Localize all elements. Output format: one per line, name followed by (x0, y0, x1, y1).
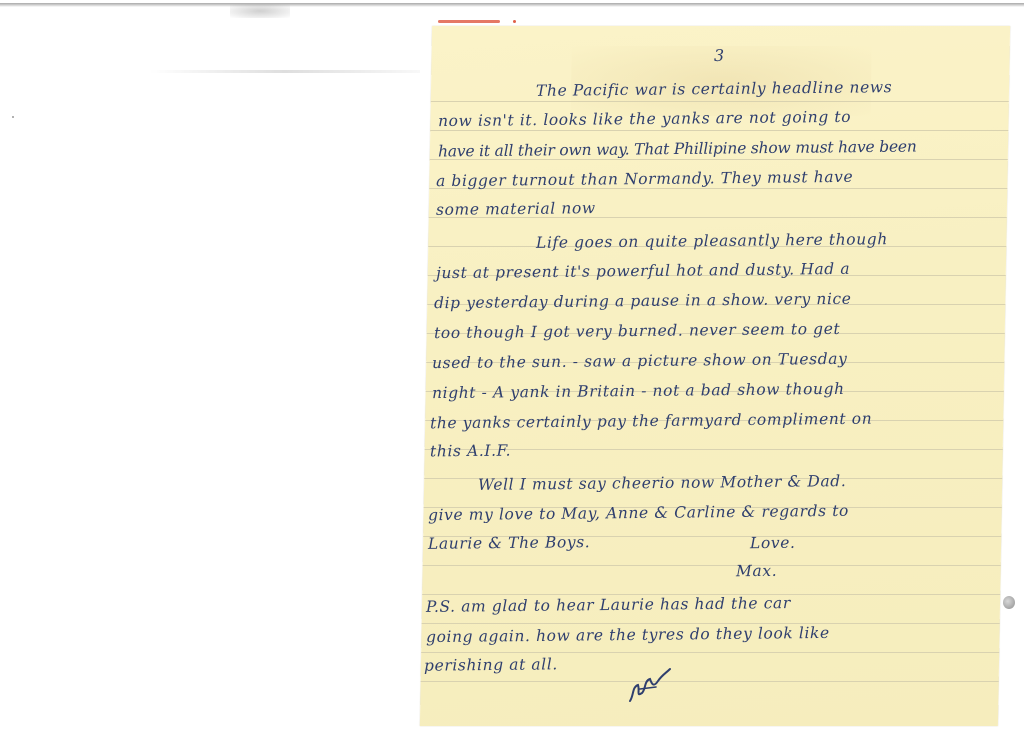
ruled-line (421, 652, 999, 653)
letter-line: some material now (436, 199, 596, 219)
scan-fold-line (150, 70, 420, 73)
signature-scribble-icon (626, 667, 674, 705)
page-number: 3 (714, 46, 725, 65)
ruled-line (431, 101, 1009, 102)
postscript-line: perishing at all. (424, 655, 558, 674)
punch-hole (1003, 596, 1015, 609)
letter-line: this A.I.F. (430, 442, 511, 461)
postscript-line: P.S. am glad to hear Laurie has had the … (426, 594, 791, 616)
red-ink-dot (513, 20, 516, 23)
ruled-line (422, 623, 1000, 624)
ruled-line (421, 681, 999, 682)
ruled-line (423, 565, 1001, 566)
closing-love: Love. (750, 534, 796, 552)
letter-line: The Pacific war is certainly headline ne… (536, 78, 892, 100)
ruled-line (430, 130, 1008, 131)
scan-smudge (230, 4, 290, 18)
red-ink-mark (438, 20, 500, 23)
letter-line: Life goes on quite pleasantly here thoug… (536, 230, 888, 252)
ruled-line (425, 449, 1003, 450)
scan-top-edge (0, 3, 1024, 7)
letter-page (420, 26, 1010, 726)
letter-line: Well I must say cheerio now Mother & Dad… (478, 472, 846, 494)
signature-max: Max. (736, 562, 777, 580)
letter-line: Laurie & The Boys. (428, 533, 590, 553)
scan-dust-dot (12, 116, 14, 118)
